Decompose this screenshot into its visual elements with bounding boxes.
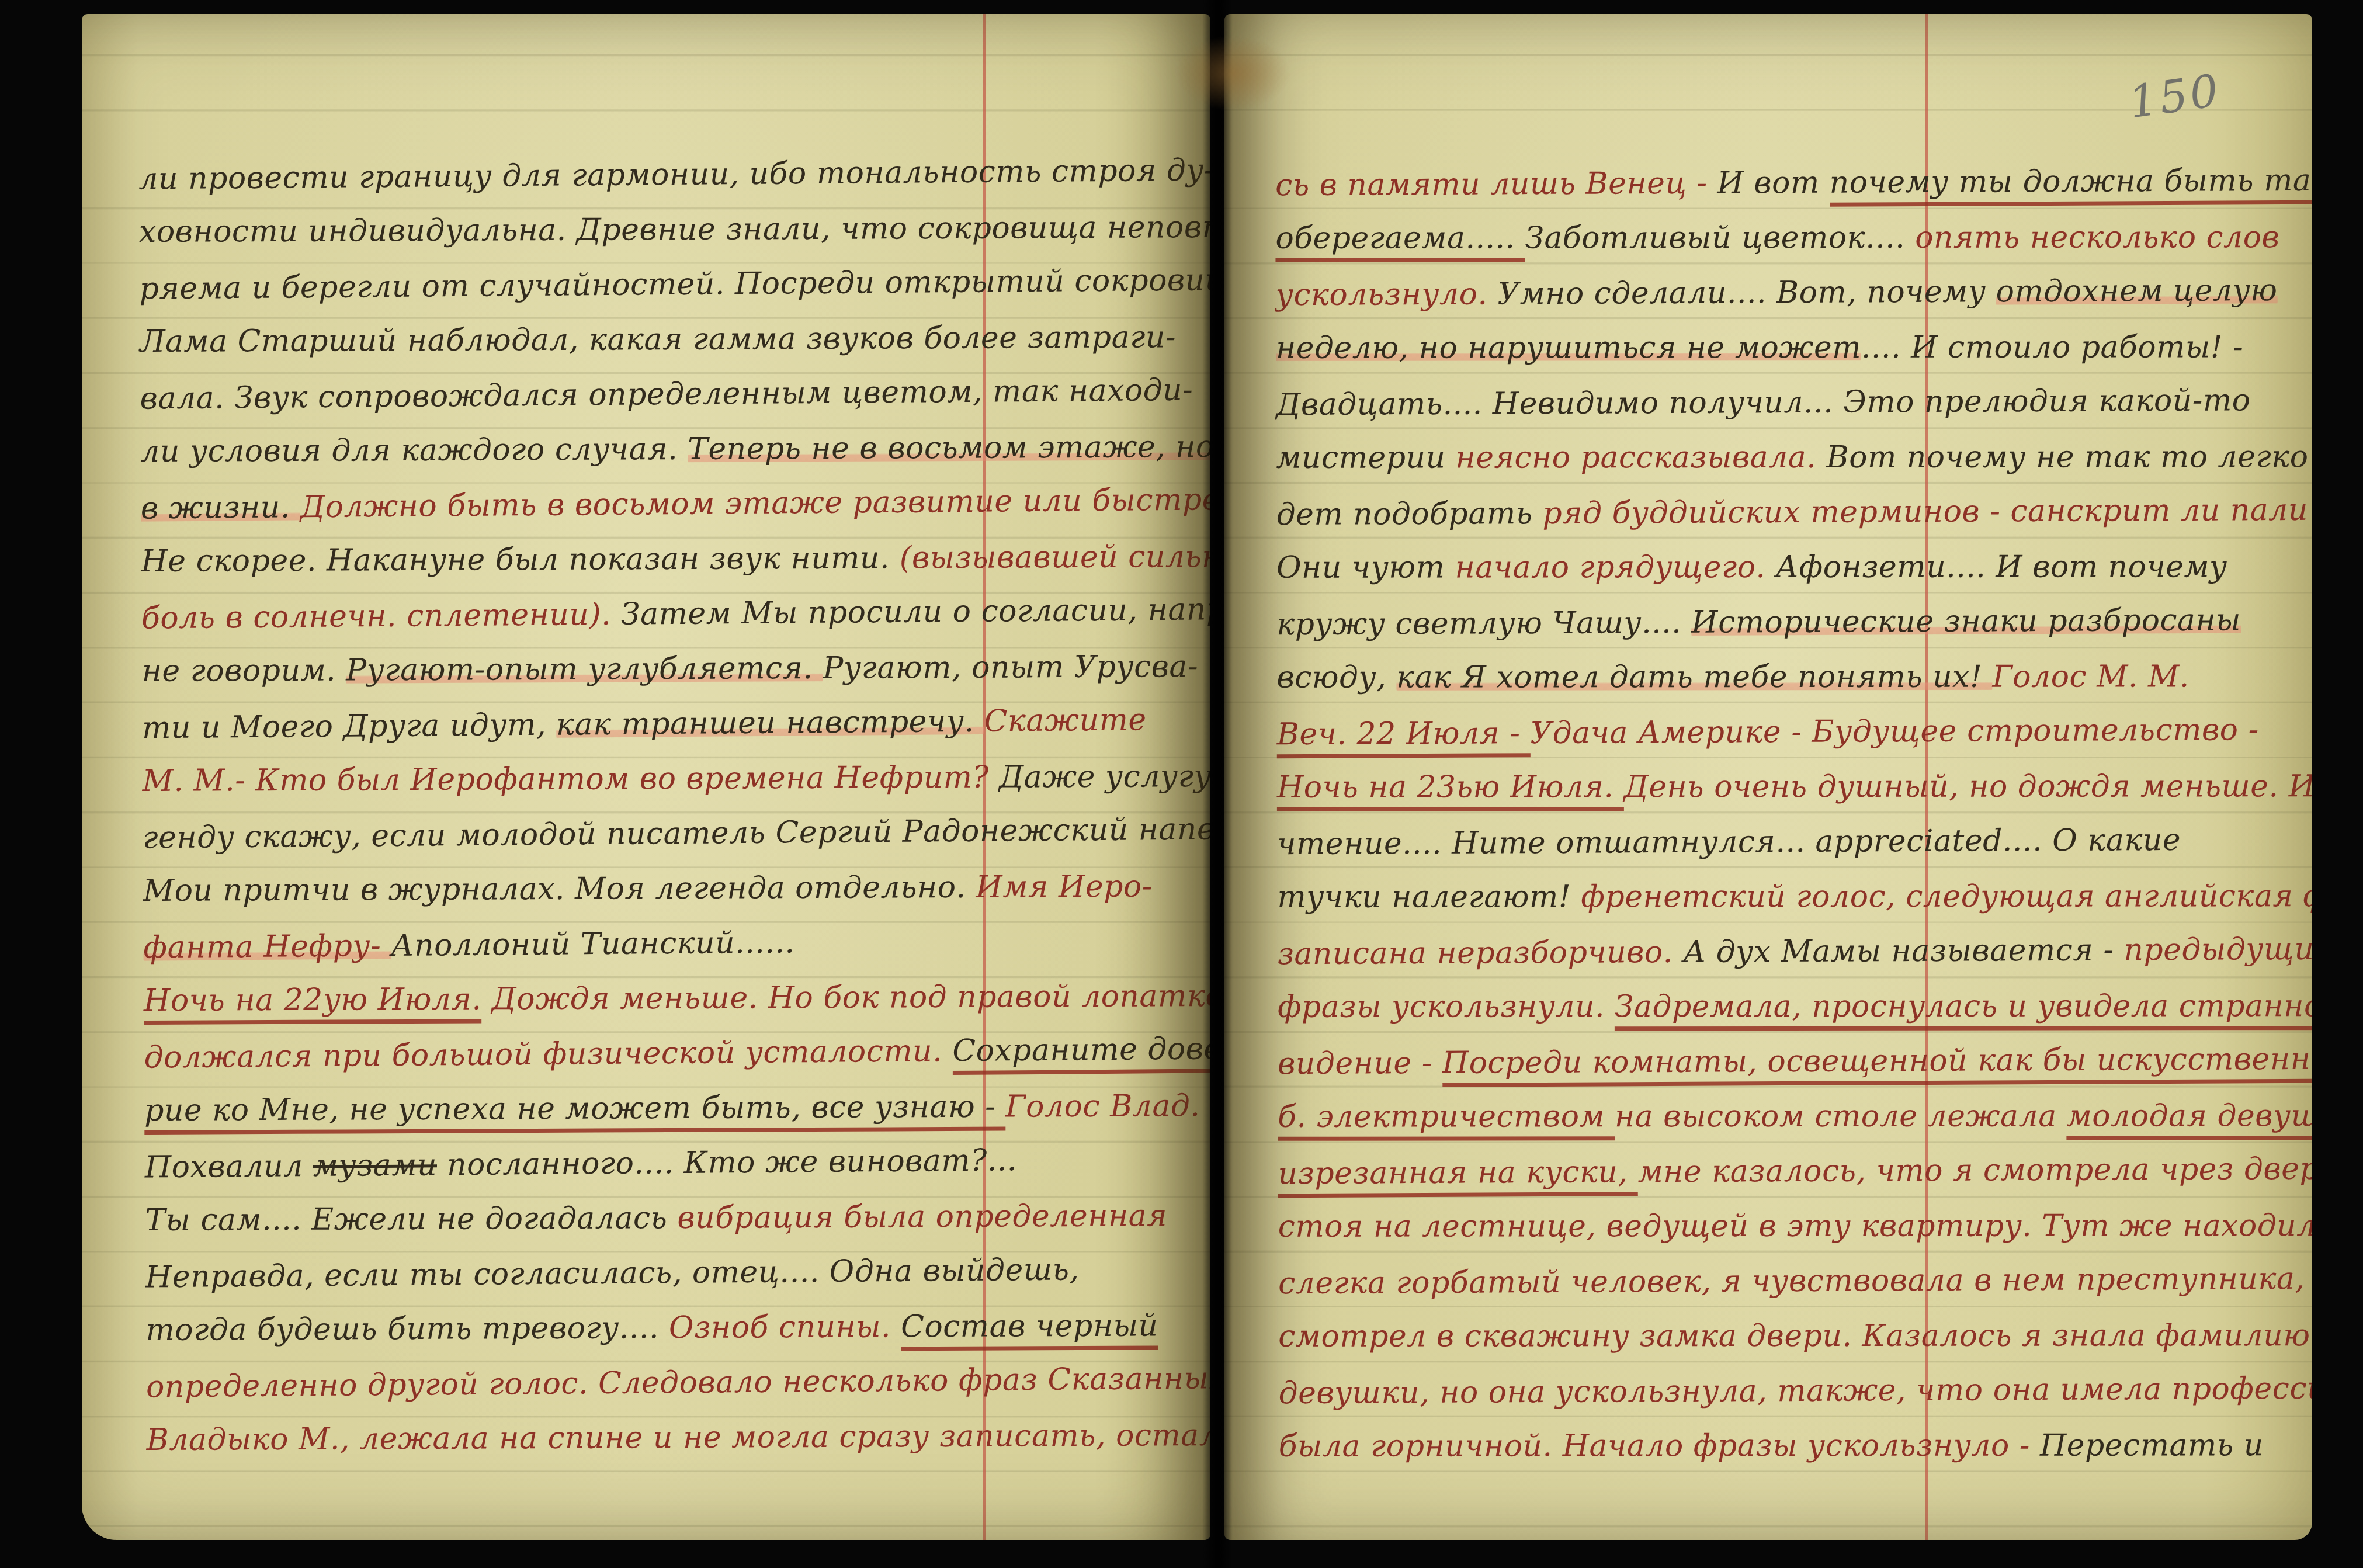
- text-line: фразы ускользнули. Задремала, проснулась…: [1278, 979, 2312, 1035]
- text-line: М. М.- Кто был Иерофантом во времена Неф…: [143, 749, 1206, 809]
- ink-segment: ускользнуло.: [1276, 276, 1498, 313]
- ink-segment: Будущее строительство -: [1812, 712, 2259, 750]
- text-line: видение - Посреди комнаты, освещенной ка…: [1278, 1032, 2312, 1091]
- ink-segment: определенно другой голос. Следовало неск…: [146, 1361, 1210, 1404]
- ink-segment: Затем Мы просили о согласии, напрасно: [621, 591, 1210, 632]
- ink-segment: Заботливый цветок....: [1525, 220, 1916, 256]
- ink-segment: Веч. 22 Июля -: [1276, 716, 1530, 758]
- ink-segment: почему ты должна быть так: [1830, 163, 2312, 207]
- ink-segment: б. электричеством: [1278, 1099, 1615, 1141]
- ink-segment: Неправда, если ты согласилась, отец.... …: [145, 1252, 1080, 1295]
- ink-segment: неделю, но нарушиться не может: [1276, 330, 1861, 366]
- ink-segment: музами: [313, 1147, 438, 1184]
- ink-segment: Они чуют: [1276, 550, 1455, 585]
- ink-segment: рие ко Мне,: [144, 1092, 349, 1135]
- text-line: ли провести границу для гармонии, ибо то…: [138, 143, 1202, 207]
- ink-segment: молодая девушка,: [2067, 1098, 2312, 1140]
- text-line: тучки налегают! френетский голос, следую…: [1277, 869, 2311, 925]
- text-line: генду скажу, если молодой писатель Серги…: [143, 802, 1206, 866]
- ink-segment: Умно сделали.... Вот, почему: [1497, 274, 1996, 311]
- ink-segment: Задремала, проснулась и увидела странное: [1615, 988, 2312, 1031]
- text-line: Ночь на 22ую Июля. Дождя меньше. Но бок …: [144, 969, 1207, 1028]
- ink-segment: Удача Америке -: [1530, 714, 1812, 751]
- text-line: Они чуют начало грядущего. Афонзети.... …: [1276, 539, 2310, 595]
- ink-segment: Сохраните дове-: [952, 1031, 1210, 1075]
- ink-segment: как Я хотел дать тебе понять их!: [1396, 660, 1992, 695]
- ink-segment: кружу светлую Чашу....: [1276, 605, 1691, 642]
- ink-segment: Аполлоний Тианский......: [391, 925, 795, 963]
- ink-segment: Вот почему не так то легко бу-: [1826, 439, 2312, 475]
- ink-segment: ряема и берегли от случайностей. Посреди…: [139, 262, 1210, 306]
- ink-segment: Дождя меньше. Но бок под правой лопаткой…: [481, 978, 1210, 1017]
- notebook: ли провести границу для гармонии, ибо то…: [0, 0, 2363, 1568]
- ink-segment: смотрел в скважину замка двери. Казалось…: [1278, 1318, 2312, 1354]
- text-line: ховности индивидуальна. Древние знали, ч…: [139, 200, 1202, 259]
- text-line: записана неразборчиво. А дух Мамы называ…: [1277, 922, 2311, 981]
- text-line: Веч. 22 Июля - Удача Америке - Будущее с…: [1276, 702, 2310, 762]
- ink-segment: опять несколько слов: [1915, 220, 2279, 255]
- ink-segment: (вызывавшей сильнейшую: [900, 539, 1210, 575]
- ink-segment: оберегаема.....: [1275, 220, 1525, 262]
- ink-segment: И вот: [1717, 165, 1830, 201]
- text-line: рие ко Мне, не успеха не может быть, все…: [144, 1078, 1207, 1138]
- ink-segment: записана неразборчиво.: [1277, 935, 1683, 972]
- text-line: ли условия для каждого случая. Теперь не…: [140, 419, 1203, 479]
- ink-segment: День очень душный, но дождя меньше. И-: [1623, 769, 2312, 804]
- ink-segment: была горничной. Начало фразы ускользнуло…: [1279, 1428, 2040, 1464]
- ink-segment: всюду,: [1276, 660, 1396, 695]
- text-line: вала. Звук сопровождался определенным цв…: [140, 363, 1203, 426]
- text-line: была горничной. Начало фразы ускользнуло…: [1279, 1418, 2312, 1474]
- ink-segment: ховности индивидуальна. Древние знали, ч…: [139, 210, 1210, 249]
- ink-segment: Владыко М., лежала на спине и не могла с…: [146, 1418, 1210, 1458]
- text-line: определенно другой голос. Следовало неск…: [146, 1351, 1210, 1415]
- page-number: 150: [2126, 64, 2224, 129]
- text-line: должался при большой физической усталост…: [144, 1022, 1207, 1085]
- text-line: ти и Моего Друга идут, как траншеи навст…: [142, 692, 1206, 756]
- ink-segment: тучки налегают!: [1277, 879, 1581, 914]
- ink-segment: Ночь на 23ью Июля.: [1277, 769, 1624, 811]
- ink-segment: Ночь на 22ую Июля.: [144, 981, 482, 1025]
- ink-segment: Имя Иеро-: [976, 869, 1152, 904]
- ink-segment: мистерии: [1276, 440, 1455, 476]
- ink-segment: Скажите: [984, 702, 1147, 738]
- ink-segment: Ругают, опыт Урусва-: [823, 649, 1198, 686]
- ink-segment: мне казалось, что я смотрела чрез дверь,: [1637, 1151, 2312, 1190]
- text-line: Неправда, если ты согласилась, отец.... …: [145, 1241, 1209, 1305]
- ink-segment: на высоком столе лежала: [1615, 1099, 2067, 1135]
- ink-segment: Лама Старший наблюдал, какая гамма звуко…: [140, 320, 1176, 359]
- ink-segment: фразы ускользнули.: [1278, 989, 1615, 1025]
- ink-segment: чтение.... Ните отшатнулся... appreciate…: [1277, 823, 2181, 862]
- ink-segment: Мои притчи в журналах. Моя легенда отдел…: [143, 870, 976, 908]
- text-line: Владыко М., лежала на спине и не могла с…: [146, 1408, 1209, 1468]
- text-line: стоя на лестнице, ведущей в эту квартиру…: [1278, 1198, 2312, 1254]
- ink-segment: Должно быть в восьмом этаже развитие или…: [300, 482, 1210, 525]
- ink-segment: Озноб спины.: [669, 1309, 901, 1345]
- ink-segment: фанта Нефру-: [143, 928, 391, 965]
- ink-segment: тогда будешь бить тревогу....: [145, 1310, 669, 1348]
- ink-segment: Афонзети.... И вот почему: [1776, 549, 2227, 585]
- ink-segment: М. М.- Кто был Иерофантом во времена Неф…: [143, 760, 999, 799]
- ink-segment: все узнаю -: [811, 1090, 1005, 1132]
- text-line: чтение.... Ните отшатнулся... appreciate…: [1277, 812, 2311, 872]
- text-line: Мои притчи в журналах. Моя легенда отдел…: [143, 859, 1206, 918]
- text-line: ускользнуло. Умно сделали.... Вот, почем…: [1275, 263, 2309, 322]
- text-line: боль в солнечн. сплетении). Затем Мы про…: [141, 582, 1205, 646]
- ink-segment: начало грядущего.: [1455, 550, 1775, 585]
- ink-segment: предыдущие: [2123, 932, 2312, 968]
- ink-segment: Посреди комнаты, освещенной как бы искус…: [1442, 1040, 2312, 1087]
- ink-segment: изрезанная на куски,: [1278, 1154, 1637, 1198]
- ink-segment: ли провести границу для гармонии, ибо то…: [138, 152, 1210, 196]
- text-line: мистерии неясно рассказывала. Вот почему…: [1276, 429, 2310, 485]
- ink-segment: Состав черный: [901, 1308, 1158, 1351]
- ink-segment: видение -: [1278, 1046, 1442, 1081]
- ink-segment: как траншеи навстречу.: [556, 704, 984, 743]
- text-line: б. электричеством на высоком столе лежал…: [1278, 1088, 2312, 1144]
- text-line: девушки, но она ускользнула, также, что …: [1278, 1361, 2312, 1421]
- ink-segment: не успеха не может быть,: [349, 1090, 811, 1133]
- handwritten-text-block: сь в памяти лишь Венец - И вот почему ты…: [1275, 154, 2312, 1475]
- ink-segment: слегка горбатый человек, я чувствовала в…: [1278, 1261, 2312, 1301]
- ink-segment: Даже услугу ле-: [999, 759, 1210, 795]
- text-line: фанта Нефру- Аполлоний Тианский......: [143, 912, 1207, 976]
- ink-segment: ти и Моего Друга идут,: [142, 707, 556, 746]
- text-line: Не скорее. Накануне был показан звук нит…: [141, 529, 1204, 589]
- ink-segment: в жизни.: [141, 490, 301, 526]
- notebook-left-page: ли провести границу для гармонии, ибо то…: [82, 14, 1210, 1540]
- text-line: тогда будешь бить тревогу.... Озноб спин…: [145, 1298, 1209, 1358]
- ink-segment: ряд буддийских терминов - санскрит ли па…: [1542, 492, 2308, 531]
- text-line: изрезанная на куски, мне казалось, что я…: [1278, 1142, 2312, 1201]
- ink-segment: сь в памяти лишь Венец -: [1275, 166, 1717, 203]
- ink-segment: отдохнем целую: [1996, 273, 2277, 309]
- ink-segment: генду скажу, если молодой писатель Серги…: [143, 811, 1210, 856]
- text-line: дет подобрать ряд буддийских терминов - …: [1276, 483, 2310, 542]
- ink-segment: Теперь не в восьмом этаже, но: [688, 429, 1210, 467]
- text-line: не говорим. Ругают-опыт углубляется. Руг…: [141, 639, 1205, 699]
- ink-segment: неясно рассказывала.: [1455, 440, 1826, 476]
- ink-segment: Голос Влад.: [1005, 1088, 1200, 1124]
- text-line: Ночь на 23ью Июля. День очень душный, но…: [1277, 759, 2311, 815]
- ink-segment: вала. Звук сопровождался определенным цв…: [140, 373, 1193, 417]
- ink-segment: Ты сам.... Ежели не догадалась: [145, 1201, 677, 1238]
- ink-segment: ли условия для каждого случая.: [140, 432, 688, 469]
- ink-segment: Перестать и: [2040, 1428, 2264, 1463]
- text-line: неделю, но нарушиться не может.... И сто…: [1276, 320, 2310, 376]
- ink-segment: вибрация была определенная: [677, 1198, 1167, 1236]
- text-line: смотрел в скважину замка двери. Казалось…: [1278, 1308, 2312, 1364]
- ink-segment: .... И стоило работы! -: [1861, 329, 2243, 365]
- text-line: слегка горбатый человек, я чувствовала в…: [1278, 1251, 2312, 1311]
- ink-segment: А дух Мамы называется -: [1683, 932, 2124, 970]
- ink-segment: посланного.... Кто же виноват?...: [437, 1143, 1017, 1182]
- ink-segment: стоя на лестнице, ведущей в эту квартиру…: [1278, 1208, 2312, 1244]
- text-line: ряема и берегли от случайностей. Посреди…: [139, 253, 1203, 317]
- ink-segment: девушки, но она ускользнула, также, что …: [1278, 1371, 2312, 1411]
- ink-segment: Исторические знаки разбросаны: [1691, 602, 2241, 640]
- ink-segment: Ругают-опыт углубляется.: [346, 651, 823, 688]
- ink-segment: не говорим.: [141, 653, 346, 689]
- ink-segment: боль в солнечн. сплетении).: [141, 597, 622, 636]
- text-line: Ты сам.... Ежели не догадалась вибрация …: [145, 1188, 1208, 1248]
- text-line: Похвалил музами посланного.... Кто же ви…: [144, 1132, 1208, 1195]
- text-line: Лама Старший наблюдал, какая гамма звуко…: [140, 310, 1203, 369]
- ink-segment: Голос М. М.: [1992, 659, 2189, 694]
- ink-segment: Двадцать.... Невидимо получил... Это пре…: [1276, 383, 2251, 422]
- ink-segment: френетский голос, следующая английская ф…: [1581, 879, 2312, 914]
- handwritten-text-block: ли провести границу для гармонии, ибо то…: [138, 144, 1210, 1468]
- ink-segment: должался при большой физической усталост…: [144, 1033, 952, 1075]
- notebook-right-page: 150 сь в памяти лишь Венец - И вот почем…: [1224, 14, 2312, 1540]
- text-line: всюду, как Я хотел дать тебе понять их! …: [1276, 649, 2310, 705]
- ink-segment: дет подобрать: [1276, 496, 1543, 532]
- text-line: сь в памяти лишь Венец - И вот почему ты…: [1275, 153, 2309, 213]
- text-line: в жизни. Должно быть в восьмом этаже раз…: [140, 473, 1204, 536]
- ink-segment: Похвалил: [145, 1149, 313, 1185]
- text-line: Двадцать.... Невидимо получил... Это пре…: [1276, 373, 2310, 432]
- text-line: оберегаема..... Заботливый цветок.... оп…: [1275, 210, 2309, 266]
- ink-segment: Не скорее. Накануне был показан звук нит…: [141, 540, 900, 579]
- text-line: кружу светлую Чашу.... Исторические знак…: [1276, 592, 2310, 652]
